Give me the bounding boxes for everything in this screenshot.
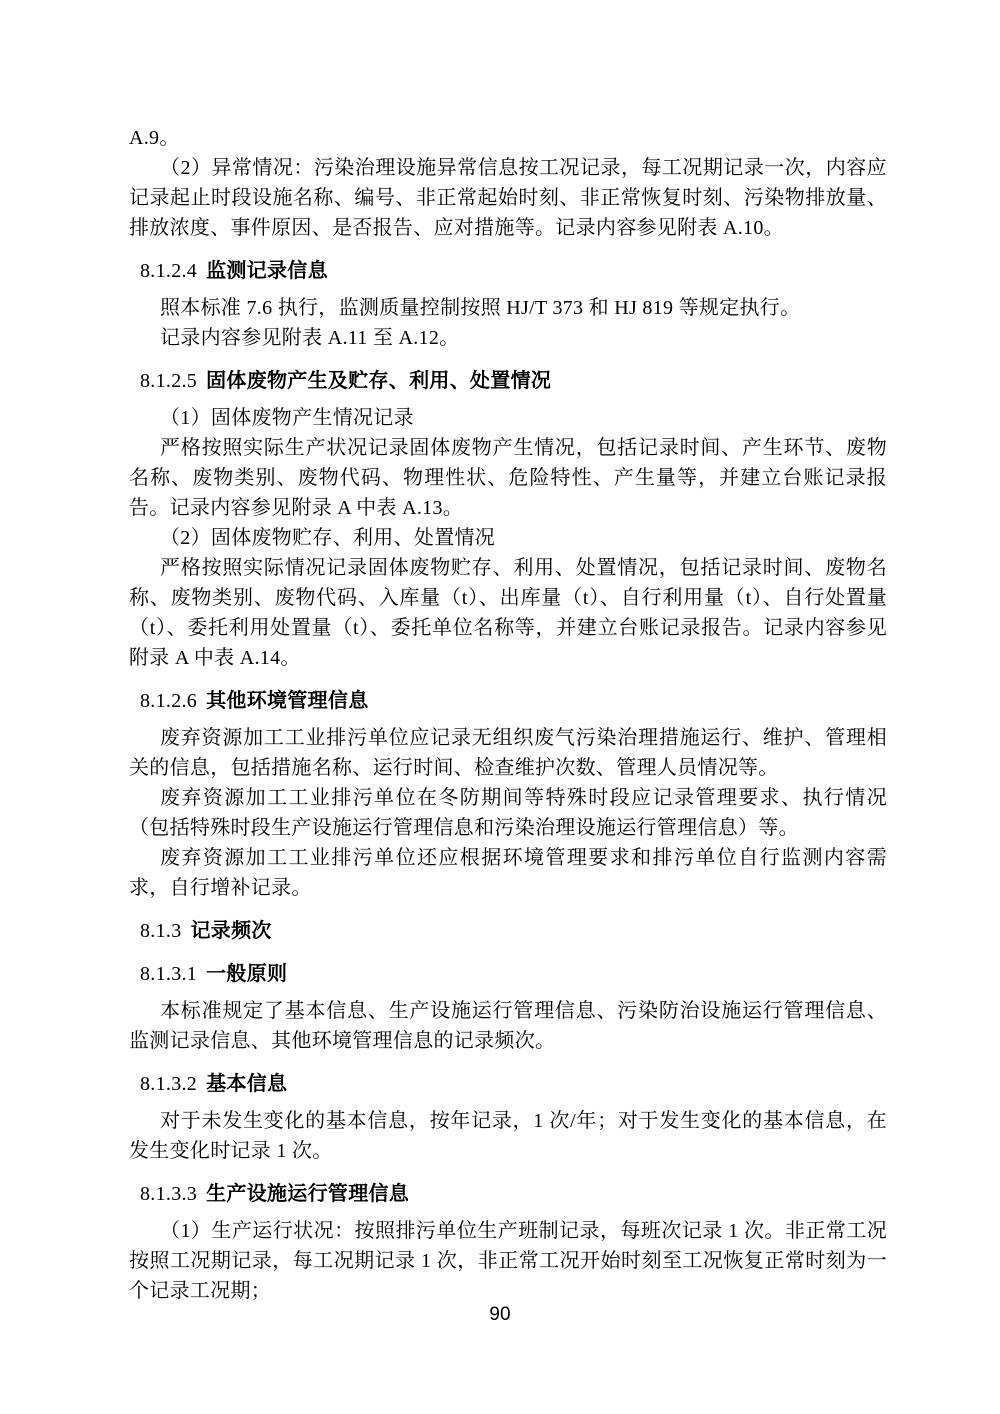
- heading-title: 监测记录信息: [206, 260, 328, 282]
- heading-title: 基本信息: [206, 1073, 287, 1095]
- heading-8-1-2-5: 8.1.2.5固体废物产生及贮存、利用、处置情况: [129, 366, 887, 396]
- heading-number: 8.1.2.5: [140, 370, 197, 392]
- para-basic-info-frequency: 对于未发生变化的基本信息，按年记录，1 次/年；对于发生变化的基本信息，在发生变…: [129, 1106, 887, 1166]
- heading-number: 8.1.3.3: [140, 1183, 197, 1205]
- heading-number: 8.1.2.6: [140, 690, 197, 712]
- para-monitoring-tables: 记录内容参见附表 A.11 至 A.12。: [129, 323, 887, 353]
- heading-8-1-3: 8.1.3记录频次: [129, 916, 887, 946]
- heading-8-1-3-2: 8.1.3.2基本信息: [129, 1069, 887, 1099]
- para-other-env-info-2: 废弃资源加工工业排污单位在冬防期间等特殊时段应记录管理要求、执行情况（包括特殊时…: [129, 783, 887, 843]
- para-solid-waste-item1: （1）固体废物产生情况记录: [129, 403, 887, 433]
- heading-number: 8.1.3.1: [140, 963, 197, 985]
- para-continuation-a9: A.9。: [129, 123, 887, 153]
- heading-title: 记录频次: [191, 920, 272, 942]
- document-page: A.9。 （2）异常情况：污染治理设施异常信息按工况记录，每工况期记录一次，内容…: [0, 0, 1000, 1414]
- para-other-env-info-3: 废弃资源加工工业排污单位还应根据环境管理要求和排污单位自行监测内容需求，自行增补…: [129, 843, 887, 903]
- para-monitoring-standard: 照本标准 7.6 执行，监测质量控制按照 HJ/T 373 和 HJ 819 等…: [129, 293, 887, 323]
- heading-title: 固体废物产生及贮存、利用、处置情况: [206, 370, 551, 392]
- heading-title: 一般原则: [206, 963, 287, 985]
- heading-8-1-3-1: 8.1.3.1一般原则: [129, 959, 887, 989]
- para-production-operation-status: （1）生产运行状况：按照排污单位生产班制记录，每班次记录 1 次。非正常工况按照…: [129, 1216, 887, 1306]
- heading-8-1-2-4: 8.1.2.4监测记录信息: [129, 256, 887, 286]
- para-other-env-info-1: 废弃资源加工工业排污单位应记录无组织废气污染治理措施运行、维护、管理相关的信息，…: [129, 723, 887, 783]
- heading-title: 生产设施运行管理信息: [206, 1183, 409, 1205]
- para-solid-waste-generation: 严格按照实际生产状况记录固体废物产生情况，包括记录时间、产生环节、废物名称、废物…: [129, 433, 887, 523]
- para-solid-waste-storage: 严格按照实际情况记录固体废物贮存、利用、处置情况，包括记录时间、废物名称、废物类…: [129, 553, 887, 673]
- page-number: 90: [0, 1304, 1000, 1326]
- para-solid-waste-item2: （2）固体废物贮存、利用、处置情况: [129, 523, 887, 553]
- para-abnormal-situation: （2）异常情况：污染治理设施异常信息按工况记录，每工况期记录一次，内容应记录起止…: [129, 153, 887, 243]
- heading-number: 8.1.2.4: [140, 260, 197, 282]
- document-body: A.9。 （2）异常情况：污染治理设施异常信息按工况记录，每工况期记录一次，内容…: [129, 123, 887, 1306]
- heading-number: 8.1.3.2: [140, 1073, 197, 1095]
- heading-8-1-2-6: 8.1.2.6其他环境管理信息: [129, 686, 887, 716]
- para-general-principle: 本标准规定了基本信息、生产设施运行管理信息、污染防治设施运行管理信息、监测记录信…: [129, 996, 887, 1056]
- heading-number: 8.1.3: [140, 920, 182, 942]
- heading-8-1-3-3: 8.1.3.3生产设施运行管理信息: [129, 1179, 887, 1209]
- heading-title: 其他环境管理信息: [206, 690, 368, 712]
